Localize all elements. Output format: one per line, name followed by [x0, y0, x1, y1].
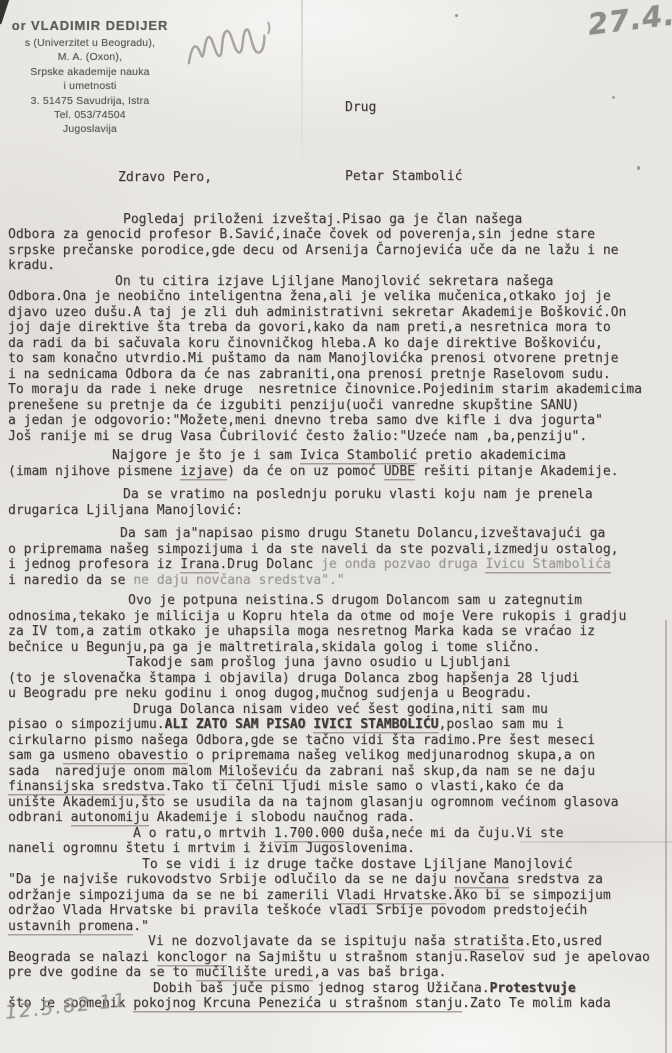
- text-segment: i naredio da se: [8, 573, 133, 588]
- body-line: Najgore je što je i sam Ivica Stambolić …: [0, 448, 672, 464]
- body-line: odbrani autonomiju Akademije i slobodu n…: [0, 810, 672, 826]
- body-line: Još ranije mi se drug Vasa Čubrilović če…: [0, 429, 672, 445]
- text-segment: .Tako ti čelni ljudi misle samo o vlasti…: [165, 779, 564, 794]
- scanned-letter-page: or VLADIMIR DEDIJERs (Univerzitet u Beog…: [0, 0, 672, 1053]
- text-segment: To moraju da rade i neke druge nesretnic…: [8, 382, 642, 397]
- body-line: naneli ogromnu štetu i mrtvim i živim Ju…: [0, 841, 672, 857]
- pencil-scribble-mark: [182, 12, 277, 78]
- body-line: To moraju da rade i neke druge nesretnic…: [0, 382, 672, 398]
- letterhead-line: s (Univerzitet u Beogradu),: [0, 36, 194, 50]
- underlined-text: Ivicu Stambolića: [485, 557, 610, 572]
- letterhead-line: Srpske akademije nauka: [0, 65, 194, 79]
- text-segment: Ovo je potpuna neistina.S drugom Dolanco…: [128, 593, 582, 608]
- text-segment: ) da će on uz pomoć: [227, 464, 384, 479]
- underlined-text: Vladi Hrvatske: [337, 888, 447, 903]
- text-segment: pretio akademicima: [417, 448, 566, 463]
- text-segment: rešiti pitanje Akademije.: [415, 464, 619, 479]
- text-segment: za IV tom,a zatim otkako je uhapsila mog…: [8, 624, 595, 639]
- text-segment: a jedan je odgovorio:"Možete,meni dnevno…: [8, 413, 603, 428]
- body-line: srpske prečanske porodice,gde decu od Ar…: [0, 243, 672, 259]
- underlined-text: Miloševiću: [219, 764, 297, 779]
- body-line: o pripremama našeg simpozijuma i da ste …: [0, 542, 672, 558]
- text-segment: djavo uzeo dušu.A taj je zli duh adminis…: [8, 305, 626, 320]
- underlined-text: Irana: [180, 557, 219, 572]
- text-segment: Vi ne dozvoljavate da se ispituju naša: [148, 934, 453, 949]
- body-line: sada naredjuje onom malom Miloševiću da …: [0, 764, 672, 780]
- scan-speck: [612, 96, 615, 99]
- text-segment: ALI ZATO SAM PISAO: [165, 717, 314, 732]
- body-line: Druga Dolanca nisam video već šest godin…: [0, 702, 672, 718]
- text-segment: na Sajmištu u strašnom stanju.Raselov su…: [227, 950, 650, 965]
- text-segment: održao Vlada Hrvatske bi pravila teškoće…: [8, 903, 587, 918]
- text-segment: Još ranije mi se drug Vasa Čubrilović če…: [8, 429, 587, 444]
- body-line: Odbora za genocid profesor B.Savić,inače…: [0, 227, 672, 243]
- text-segment: ,poslao sam mu i: [439, 717, 564, 732]
- text-segment: da zabrani naš skup,da nam se ne daju: [298, 764, 595, 779]
- underlined-text: izjave: [180, 464, 227, 479]
- text-segment: To se vidi i iz druge tačke dostave Ljil…: [142, 857, 572, 872]
- paper-crease-vertical: [301, 0, 303, 185]
- body-line: (imam njihove pismene izjave) da će on u…: [0, 464, 672, 480]
- scribble-icon: [182, 12, 277, 74]
- body-line: za IV tom,a zatim otkako je uhapsila mog…: [0, 624, 672, 640]
- underlined-text: finansijska sredstva: [8, 779, 165, 794]
- text-segment: sredstva za: [509, 872, 603, 887]
- text-segment: .Drug Dolanc: [219, 557, 321, 572]
- letterhead-line: Tel. 053/74504: [0, 108, 194, 122]
- text-segment: naneli ogromnu štetu i mrtvim i živim Ju…: [8, 841, 415, 856]
- text-segment: pre dve godine da se to: [8, 965, 196, 980]
- body-line: joj daje direktive šta treba da govori,k…: [0, 320, 672, 336]
- text-segment: joj daje direktive šta treba da govori,k…: [8, 320, 611, 335]
- body-line: da radi da bi sačuvala koru činovničkog …: [0, 336, 672, 352]
- text-segment: .": [133, 919, 149, 934]
- text-segment: .Ako bi se simpozijum: [446, 888, 610, 903]
- body-line: Da sam ja"napisao pismo drugu Stanetu Do…: [0, 526, 672, 542]
- body-line: Zdravo Pero,: [0, 170, 672, 186]
- body-line: odnosima,tekako je milicija u Kopru htel…: [0, 609, 672, 625]
- text-segment: o pripremama našeg simpozijuma i da ste …: [8, 542, 618, 557]
- text-segment: Odbora za genocid profesor B.Savić,inače…: [8, 227, 595, 242]
- recipient-salutation: Drug: [345, 96, 462, 119]
- text-segment: srpske prečanske porodice,gde decu od Ar…: [8, 243, 618, 258]
- body-line: A o ratu,o mrtvih 1.700.000 duša,neće mi…: [0, 826, 672, 842]
- body-line: ustavnih promena.": [0, 919, 672, 935]
- body-line: Odbora.Ona je neobično inteligentna žena…: [0, 289, 672, 305]
- underlined-text: 1.700.000: [274, 826, 344, 841]
- body-line: djavo uzeo dušu.A taj je zli duh adminis…: [0, 305, 672, 321]
- body-line: u Beogradu pre neku godinu i onog dugog,…: [0, 686, 672, 702]
- text-segment: Pogledaj priloženi izveštaj.Pisao ga je …: [123, 212, 522, 227]
- body-line: Takodje sam prošlog juna javno osudio u …: [0, 655, 672, 671]
- letter-body: Zdravo Pero,Pogledaj priloženi izveštaj.…: [0, 170, 672, 1012]
- underlined-text: Ivica Stambolić: [300, 448, 417, 463]
- text-segment: A o ratu,o mrtvih: [133, 826, 274, 841]
- body-line: pisao o simpozijumu.ALI ZATO SAM PISAO I…: [0, 717, 672, 733]
- text-segment: je onda pozvao druga: [321, 557, 485, 572]
- text-segment: prenešene su pretnje da će izgubiti penz…: [8, 398, 579, 413]
- text-segment: o pripremama našeg velikog medjunarodnog…: [188, 748, 595, 763]
- body-line: drugarica Ljiljana Manojlović:: [0, 503, 672, 519]
- text-segment: "Da je najviše rukovodstvo Srbije odluči…: [8, 872, 454, 887]
- text-segment: Takodje sam prošlog juna javno osudio u …: [127, 655, 511, 670]
- body-line: i na sednicama Odbora da će nas zabranit…: [0, 367, 672, 383]
- body-line: prenešene su pretnje da će izgubiti penz…: [0, 398, 672, 414]
- text-segment: sam ga: [8, 748, 63, 763]
- letterhead-line: i umetnosti: [0, 79, 194, 93]
- scan-speck: [455, 14, 458, 17]
- text-segment: ,a vas baš briga.: [313, 965, 446, 980]
- underlined-text: usmeno obavestio: [63, 748, 188, 763]
- underlined-text: novčana: [454, 872, 509, 887]
- text-segment: Zdravo Pero,: [118, 170, 212, 185]
- body-line: sam ga usmeno obavestio o pripremama naš…: [0, 748, 672, 764]
- text-segment: Druga Dolanca nisam video već šest godin…: [133, 702, 548, 717]
- body-line: Da se vratimo na poslednju poruku vlasti…: [0, 487, 672, 503]
- text-segment: Akademije i slobodu naučnog rada.: [149, 810, 415, 825]
- text-segment: Beograda se nalazi: [8, 950, 157, 965]
- body-line: održanje simpozijuma da se ne bi zameril…: [0, 888, 672, 904]
- text-segment: u Beogradu pre neku godinu i onog dugog,…: [8, 686, 532, 701]
- body-line: a jedan je odgovorio:"Možete,meni dnevno…: [0, 413, 672, 429]
- text-segment: (to je slovenačka štampa i objavila) dru…: [8, 671, 579, 686]
- underlined-text: mučilište uredi: [196, 965, 313, 980]
- text-segment: odnosima,tekako je milicija u Kopru htel…: [8, 609, 626, 624]
- body-line: pre dve godine da se to mučilište uredi,…: [0, 965, 672, 981]
- text-segment: unište Akademiju,što se usudila da na ta…: [8, 795, 618, 810]
- body-line: finansijska sredstva.Tako ti čelni ljudi…: [0, 779, 672, 795]
- text-segment: .Eto,usred: [524, 934, 602, 949]
- text-segment: sada naredjuje onom malom: [8, 764, 219, 779]
- underlined-text: autonomiju: [71, 810, 149, 825]
- body-line: i jednog profesora iz Irana.Drug Dolanc …: [0, 557, 672, 573]
- text-segment: Protestvuje: [490, 981, 576, 996]
- text-segment: pisao o simpozijumu.: [8, 717, 165, 732]
- underlined-text: ustavnih promena: [8, 919, 133, 934]
- underlined-text: konclogor: [157, 950, 227, 965]
- body-line: Ovo je potpuna neistina.S drugom Dolanco…: [0, 593, 672, 609]
- text-segment: to sam konačno utvrdio.Mi puštamo da nam…: [8, 351, 618, 366]
- body-line: i naredio da se ne daju novčana sredstva…: [0, 573, 672, 589]
- letterhead-line: or VLADIMIR DEDIJER: [0, 16, 194, 36]
- body-line: Beograda se nalazi konclogor na Sajmištu…: [0, 950, 672, 966]
- letterhead-line: Jugoslavija: [0, 122, 194, 136]
- body-line: cirkularno pismo našega Odbora,gde se ta…: [0, 733, 672, 749]
- body-line: (to je slovenačka štampa i objavila) dru…: [0, 671, 672, 687]
- body-line: unište Akademiju,što se usudila da na ta…: [0, 795, 672, 811]
- text-segment: odbrani: [8, 810, 71, 825]
- text-segment: Dobih baš juče pismo jednog starog Užiča…: [153, 981, 490, 996]
- text-segment: Najgore je što je i sam: [112, 448, 300, 463]
- body-line: On tu citira izjave Ljiljane Manojlović …: [0, 274, 672, 290]
- body-line: bečnice u Begunju,pa ga je maltretirala,…: [0, 640, 672, 656]
- text-segment: ne daju novčana sredstva".": [133, 573, 344, 588]
- text-segment: i jednog profesora iz: [8, 557, 180, 572]
- text-segment: duša,neće mi da čuju.Vi ste: [344, 826, 563, 841]
- text-segment: da radi da bi sačuvala koru činovničkog …: [8, 336, 603, 351]
- text-segment: On tu citira izjave Ljiljane Manojlović …: [115, 274, 553, 289]
- body-line: Vi ne dozvoljavate da se ispituju naša s…: [0, 934, 672, 950]
- text-segment: održanje simpozijuma da se ne bi zameril…: [8, 888, 337, 903]
- body-line: To se vidi i iz druge tačke dostave Ljil…: [0, 857, 672, 873]
- text-segment: cirkularno pismo našega Odbora,gde se ta…: [8, 733, 595, 748]
- letterhead-line: 3. 51475 Savudrija, Istra: [0, 94, 194, 108]
- body-line: Pogledaj priloženi izveštaj.Pisao ga je …: [0, 212, 672, 228]
- underlined-text: IVICI STAMBOLIĆU: [313, 717, 438, 732]
- text-segment: (imam njihove pismene: [8, 464, 180, 479]
- text-segment: Odbora.Ona je neobično inteligentna žena…: [8, 289, 611, 304]
- body-line: "Da je najviše rukovodstvo Srbije odluči…: [0, 872, 672, 888]
- text-segment: bečnice u Begunju,pa ga je maltretirala,…: [8, 640, 540, 655]
- underlined-text: UDBE: [384, 464, 415, 479]
- letterhead: or VLADIMIR DEDIJERs (Univerzitet u Beog…: [0, 16, 194, 137]
- text-segment: kradu.: [8, 258, 55, 273]
- text-segment: .Zato Te molim kada: [462, 996, 611, 1011]
- text-segment: Da sam ja"napisao pismo drugu Stanetu Do…: [120, 526, 605, 541]
- underlined-text: pokojnog Krcuna Penezića u strašnom stan…: [133, 996, 462, 1011]
- handwritten-date: 27.4.82: [586, 0, 672, 42]
- text-segment: i na sednicama Odbora da će nas zabranit…: [8, 367, 611, 382]
- text-segment: drugarica Ljiljana Manojlović:: [8, 503, 243, 518]
- letterhead-line: M. A. (Oxon),: [0, 50, 194, 64]
- body-line: održao Vlada Hrvatske bi pravila teškoće…: [0, 903, 672, 919]
- text-segment: Da se vratimo na poslednju poruku vlasti…: [123, 487, 593, 502]
- body-line: kradu.: [0, 258, 672, 274]
- body-line: to sam konačno utvrdio.Mi puštamo da nam…: [0, 351, 672, 367]
- underlined-text: stratišta: [453, 934, 523, 949]
